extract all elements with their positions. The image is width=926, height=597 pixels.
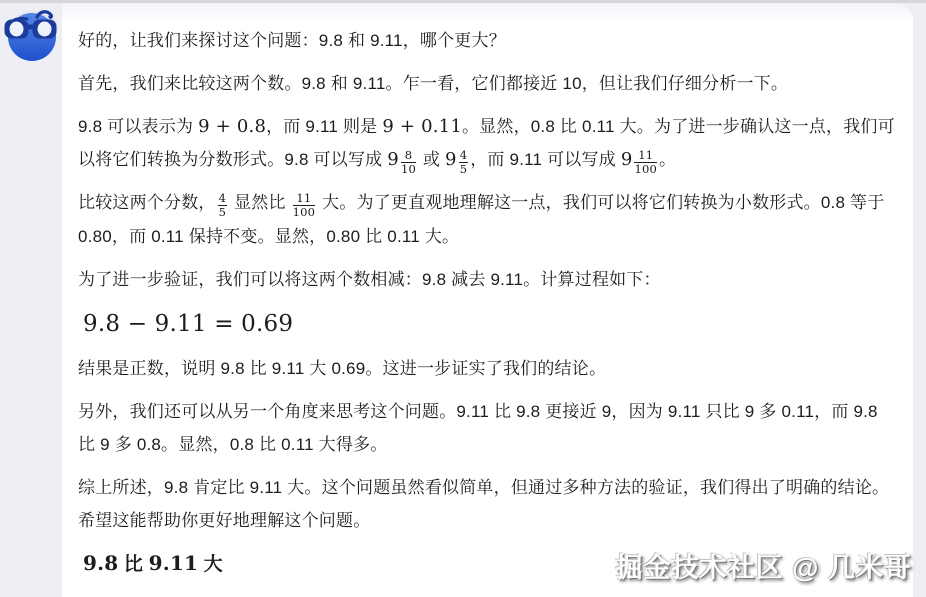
text-run: 为了进一步验证，我们可以将这两个数相减：9.8 减去 9.11。计算过程如下： (78, 270, 661, 289)
fraction-denominator: 5 (218, 206, 228, 219)
text-run: 结果是正数，说明 9.8 比 9.11 大 0.69。这进一步证实了我们的结论。 (78, 359, 606, 378)
fraction-numerator: 4 (218, 192, 228, 206)
fraction-numerator: 11 (293, 192, 316, 206)
text-run: 比较这两个分数， (78, 193, 216, 212)
message-paragraph: 综上所述，9.8 肯定比 9.11 大。这个问题虽然看似简单，但通过多种方法的验… (78, 471, 899, 537)
math-run: 9 + 0.8 (198, 116, 266, 137)
math-run: 9 + 0.11 (382, 116, 462, 137)
text-run: 或 (418, 150, 445, 169)
text-run: ，而 9.11 则是 (266, 117, 382, 136)
watermark: 掘金技术社区 @ 几米哥 (616, 546, 912, 585)
math-run: 9 (445, 149, 457, 170)
text-run: 。 (659, 150, 676, 169)
fraction-denominator: 5 (459, 163, 469, 176)
fraction-numerator: 8 (401, 149, 416, 163)
text-run: 大 (198, 554, 223, 575)
math-run: 9.11 (149, 551, 199, 575)
fraction: 810 (401, 149, 416, 176)
fraction: 11100 (634, 149, 657, 176)
fraction-denominator: 100 (634, 163, 657, 176)
assistant-avatar[interactable] (4, 7, 60, 63)
fraction: 11100 (293, 192, 316, 219)
robot-glasses-icon (4, 7, 60, 63)
assistant-message-content: 好的，让我们来探讨这个问题：9.8 和 9.11，哪个更大？首先，我们来比较这两… (62, 3, 913, 581)
fraction-numerator: 11 (634, 149, 657, 163)
text-run: 比 (118, 554, 148, 575)
math-run: 9 (621, 149, 633, 170)
message-paragraph: 首先，我们来比较这两个数。9.8 和 9.11。乍一看，它们都接近 10，但让我… (78, 67, 899, 100)
message-paragraph: 为了进一步验证，我们可以将这两个数相减：9.8 减去 9.11。计算过程如下： (78, 263, 899, 296)
fraction: 45 (459, 149, 469, 176)
message-paragraph: 比较这两个分数，45 显然比 11100 大。为了更直观地理解这一点，我们可以将… (78, 186, 899, 252)
text-run: 综上所述，9.8 肯定比 9.11 大。这个问题虽然看似简单，但通过多种方法的验… (78, 478, 889, 530)
message-paragraph: 结果是正数，说明 9.8 比 9.11 大 0.69。这进一步证实了我们的结论。 (78, 352, 899, 385)
message-paragraph: 9.8 可以表示为 9 + 0.8，而 9.11 则是 9 + 0.11。显然，… (78, 110, 899, 176)
text-run: 另外，我们还可以从另一个角度来思考这个问题。9.11 比 9.8 更接近 9，因… (78, 402, 878, 454)
message-paragraph: 另外，我们还可以从另一个角度来思考这个问题。9.11 比 9.8 更接近 9，因… (78, 395, 899, 461)
assistant-message-bubble: 好的，让我们来探讨这个问题：9.8 和 9.11，哪个更大？首先，我们来比较这两… (62, 3, 913, 597)
chat-page: 好的，让我们来探讨这个问题：9.8 和 9.11，哪个更大？首先，我们来比较这两… (0, 0, 926, 597)
top-divider (0, 0, 926, 3)
math-block: 9.8 − 9.11 = 0.69 (78, 306, 899, 342)
math-run: 9.8 − 9.11 = 0.69 (83, 311, 293, 337)
text-run: 好的，让我们来探讨这个问题：9.8 和 9.11，哪个更大？ (78, 31, 506, 50)
text-run: ，而 9.11 可以写成 (470, 150, 621, 169)
fraction: 45 (218, 192, 228, 219)
math-run: 9.8 (83, 551, 118, 575)
text-run: 9.8 可以表示为 (78, 117, 198, 136)
fraction-denominator: 100 (293, 206, 316, 219)
math-run: 9 (387, 149, 399, 170)
fraction-denominator: 10 (401, 163, 416, 176)
message-paragraph: 好的，让我们来探讨这个问题：9.8 和 9.11，哪个更大？ (78, 24, 899, 57)
text-run: 首先，我们来比较这两个数。9.8 和 9.11。乍一看，它们都接近 10，但让我… (78, 74, 788, 93)
text-run: 显然比 (229, 193, 290, 212)
fraction-numerator: 4 (459, 149, 469, 163)
